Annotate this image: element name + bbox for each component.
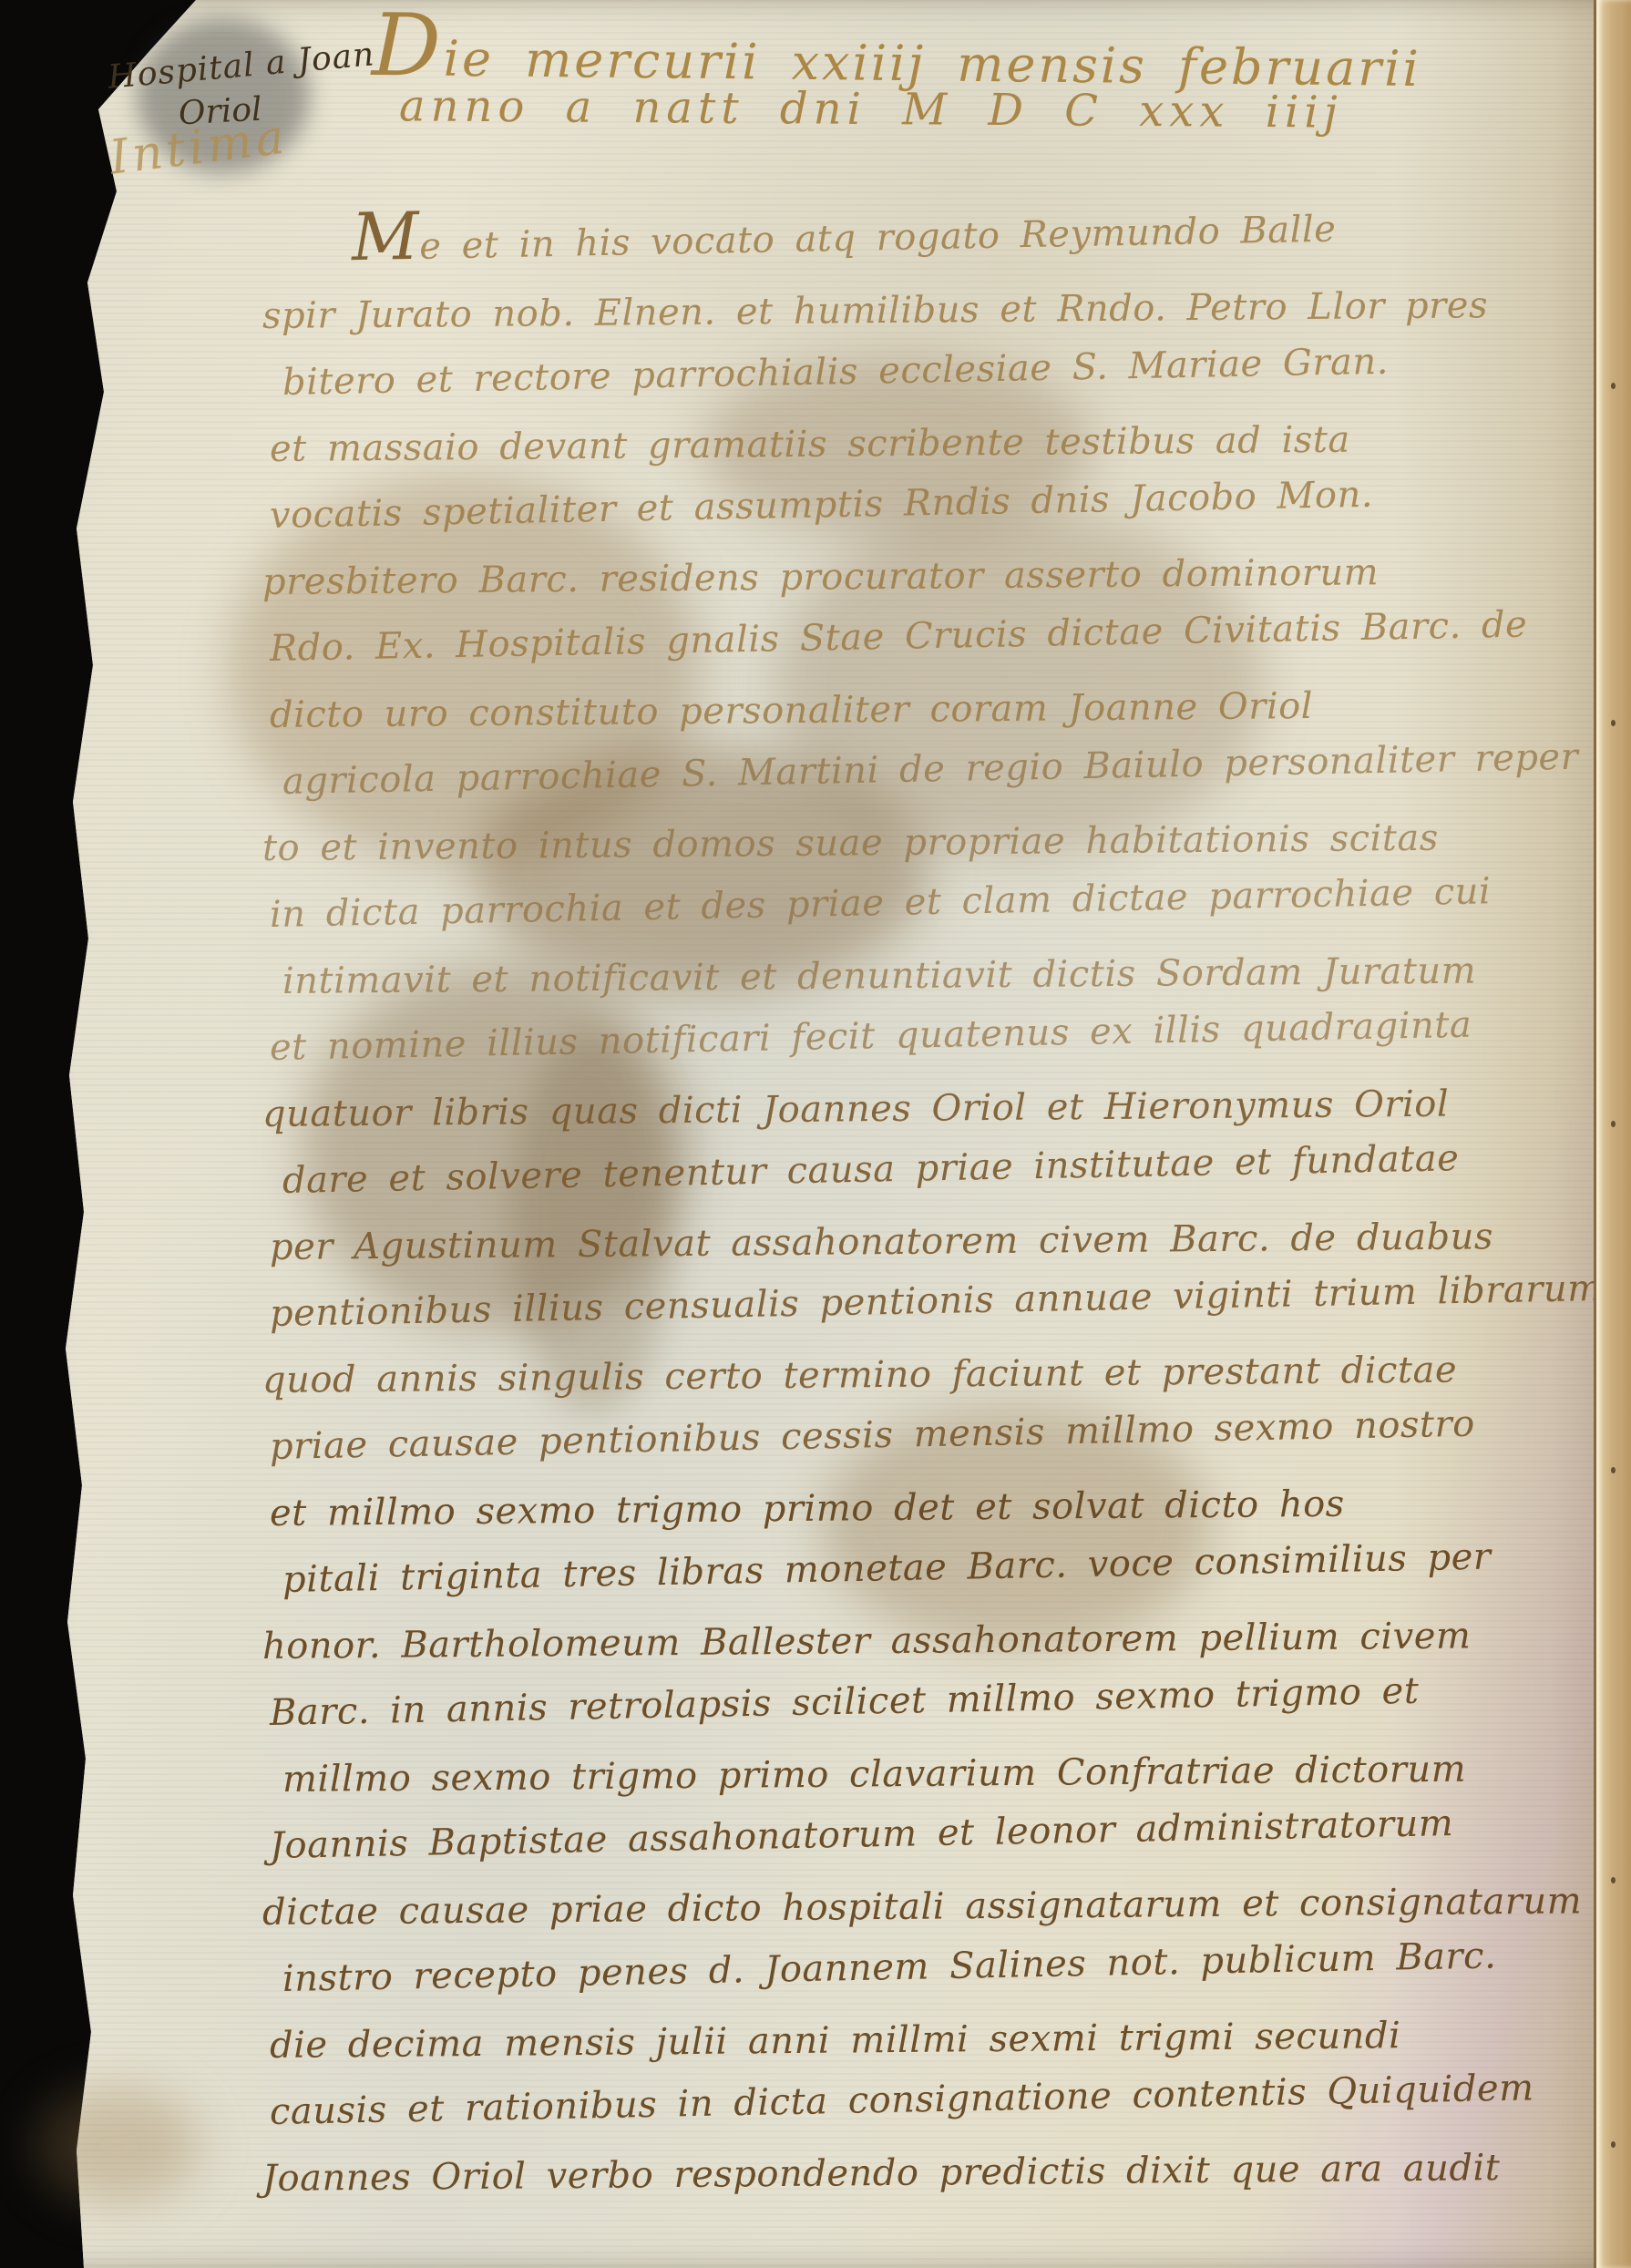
body-lines: Me et in his vocato atq rogato Reymundo …	[270, 206, 1591, 2212]
manuscript-line: Joannes Oriol verbo respondendo predicti…	[262, 2134, 1592, 2212]
photographed-manuscript: Hospital a Joan Oriol Intima Die mercuri…	[0, 0, 1631, 2268]
edge-speck	[1611, 1877, 1616, 1883]
edge-speck	[1611, 383, 1616, 389]
edge-speck	[1611, 1121, 1616, 1127]
edge-speck	[1611, 2141, 1616, 2148]
edge-speck	[1611, 720, 1616, 726]
edge-speck	[1611, 1467, 1616, 1473]
next-page-edge	[1594, 0, 1631, 2268]
date-heading-line2: anno a natt dni M D C xxx iiij	[399, 80, 1343, 138]
